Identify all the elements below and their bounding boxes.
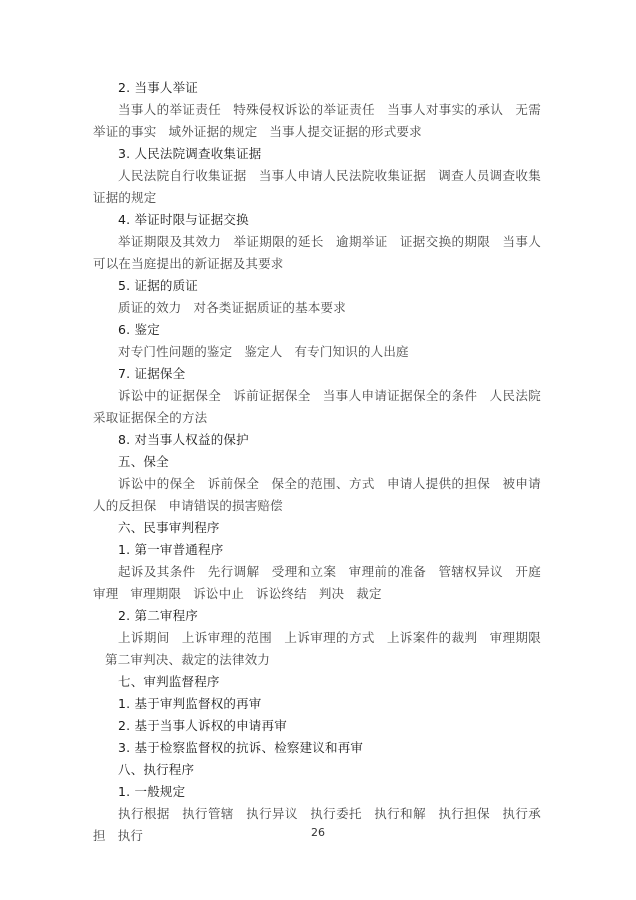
topic-item: 申请错误的损害赔偿: [169, 498, 283, 513]
body-paragraph: 举证期限及其效力举证期限的延长逾期举证证据交换的期限当事人可以在当庭提出的新证据…: [93, 231, 541, 275]
topic-item: 诉讼中止: [193, 586, 244, 601]
topic-item: 人民法院自行收集证据: [118, 168, 247, 183]
topic-item: 证据交换的期限: [400, 234, 491, 249]
topic-item: 当事人对事实的承认: [387, 102, 503, 117]
section-heading: 1. 第一审普通程序: [93, 539, 541, 561]
section-heading: 2. 第二审程序: [93, 605, 541, 627]
topic-item: 当事人申请人民法院收集证据: [259, 168, 426, 183]
topic-item: 举证期限的延长: [233, 234, 324, 249]
topic-item: 域外证据的规定: [169, 124, 258, 139]
topic-item: 执行根据: [118, 806, 170, 821]
topic-item: 管辖权异议: [438, 564, 503, 579]
body-paragraph: 上诉期间上诉审理的范围上诉审理的方式上诉案件的裁判审理期限第二审判决、裁定的法律…: [93, 627, 541, 671]
section-heading: 5. 证据的质证: [93, 275, 541, 297]
body-paragraph: 质证的效力对各类证据质证的基本要求: [93, 297, 541, 319]
topic-item: 执行异议: [246, 806, 298, 821]
topic-item: 上诉期间: [118, 630, 170, 645]
section-heading: 2. 当事人举证: [93, 77, 541, 99]
body-paragraph: 诉讼中的证据保全诉前证据保全当事人申请证据保全的条件人民法院采取证据保全的方法: [93, 385, 541, 429]
section-heading: 7. 证据保全: [93, 363, 541, 385]
topic-item: 第二审判决、裁定的法律效力: [105, 652, 270, 667]
topic-item: 对各类证据质证的基本要求: [194, 300, 346, 315]
section-heading: 4. 举证时限与证据交换: [93, 209, 541, 231]
body-paragraph: 起诉及其条件先行调解受理和立案审理前的准备管辖权异议开庭审理审理期限诉讼中止诉讼…: [93, 561, 541, 605]
body-paragraph: 人民法院自行收集证据当事人申请人民法院收集证据调查人员调查收集证据的规定: [93, 165, 541, 209]
topic-item: 当事人提交证据的形式要求: [269, 124, 421, 139]
topic-item: 诉讼中的保全: [118, 476, 195, 491]
topic-item: 审理前的准备: [348, 564, 426, 579]
topic-item: 当事人的举证责任: [118, 102, 221, 117]
topic-item: 裁定: [356, 586, 381, 601]
section-heading: 六、民事审判程序: [93, 517, 541, 539]
topic-item: 上诉审理的范围: [182, 630, 273, 645]
section-heading: 3. 人民法院调查收集证据: [93, 143, 541, 165]
topic-item: 执行和解: [374, 806, 426, 821]
topic-item: 执行委托: [310, 806, 362, 821]
page-number: 26: [0, 826, 636, 839]
topic-item: 审理期限: [130, 586, 181, 601]
topic-item: 先行调解: [208, 564, 260, 579]
topic-item: 判决: [319, 586, 344, 601]
body-paragraph: 执行根据执行管辖执行异议执行委托执行和解执行担保执行承担执行: [93, 803, 541, 847]
topic-item: 执行担保: [438, 806, 490, 821]
body-paragraph: 对专门性问题的鉴定鉴定人有专门知识的人出庭: [93, 341, 541, 363]
topic-item: 质证的效力: [118, 300, 182, 315]
topic-item: 申请人提供的担保: [387, 476, 490, 491]
topic-item: 当事人申请证据保全的条件: [323, 388, 478, 403]
topic-item: 执行管辖: [182, 806, 234, 821]
topic-item: 起诉及其条件: [118, 564, 196, 579]
section-heading: 七、审判监督程序: [93, 671, 541, 693]
topic-item: 特殊侵权诉讼的举证责任: [233, 102, 375, 117]
section-heading: 1. 一般规定: [93, 781, 541, 803]
section-heading: 6. 鉴定: [93, 319, 541, 341]
body-paragraph: 诉讼中的保全诉前保全保全的范围、方式申请人提供的担保被申请人的反担保申请错误的损…: [93, 473, 541, 517]
topic-item: 鉴定人: [244, 344, 282, 359]
topic-item: 诉前保全: [207, 476, 259, 491]
topic-item: 对专门性问题的鉴定: [118, 344, 232, 359]
document-page: 2. 当事人举证当事人的举证责任特殊侵权诉讼的举证责任当事人对事实的承认无需举证…: [93, 77, 541, 847]
section-heading: 8. 对当事人权益的保护: [93, 429, 541, 451]
section-heading: 八、执行程序: [93, 759, 541, 781]
section-heading: 1. 基于审判监督权的再审: [93, 693, 541, 715]
topic-item: 诉前证据保全: [233, 388, 311, 403]
topic-item: 有专门知识的人出庭: [294, 344, 408, 359]
topic-item: 受理和立案: [272, 564, 337, 579]
section-heading: 3. 基于检察监督权的抗诉、检察建议和再审: [93, 737, 541, 759]
topic-item: 举证期限及其效力: [118, 234, 221, 249]
section-heading: 2. 基于当事人诉权的申请再审: [93, 715, 541, 737]
body-paragraph: 当事人的举证责任特殊侵权诉讼的举证责任当事人对事实的承认无需举证的事实域外证据的…: [93, 99, 541, 143]
section-heading: 五、保全: [93, 451, 541, 473]
topic-item: 上诉审理的方式: [284, 630, 375, 645]
topic-item: 逾期举证: [336, 234, 388, 249]
topic-item: 审理期限: [489, 630, 541, 645]
topic-item: 保全的范围、方式: [271, 476, 374, 491]
topic-item: 诉讼中的证据保全: [118, 388, 221, 403]
topic-item: 诉讼终结: [256, 586, 307, 601]
topic-item: 上诉案件的裁判: [387, 630, 478, 645]
